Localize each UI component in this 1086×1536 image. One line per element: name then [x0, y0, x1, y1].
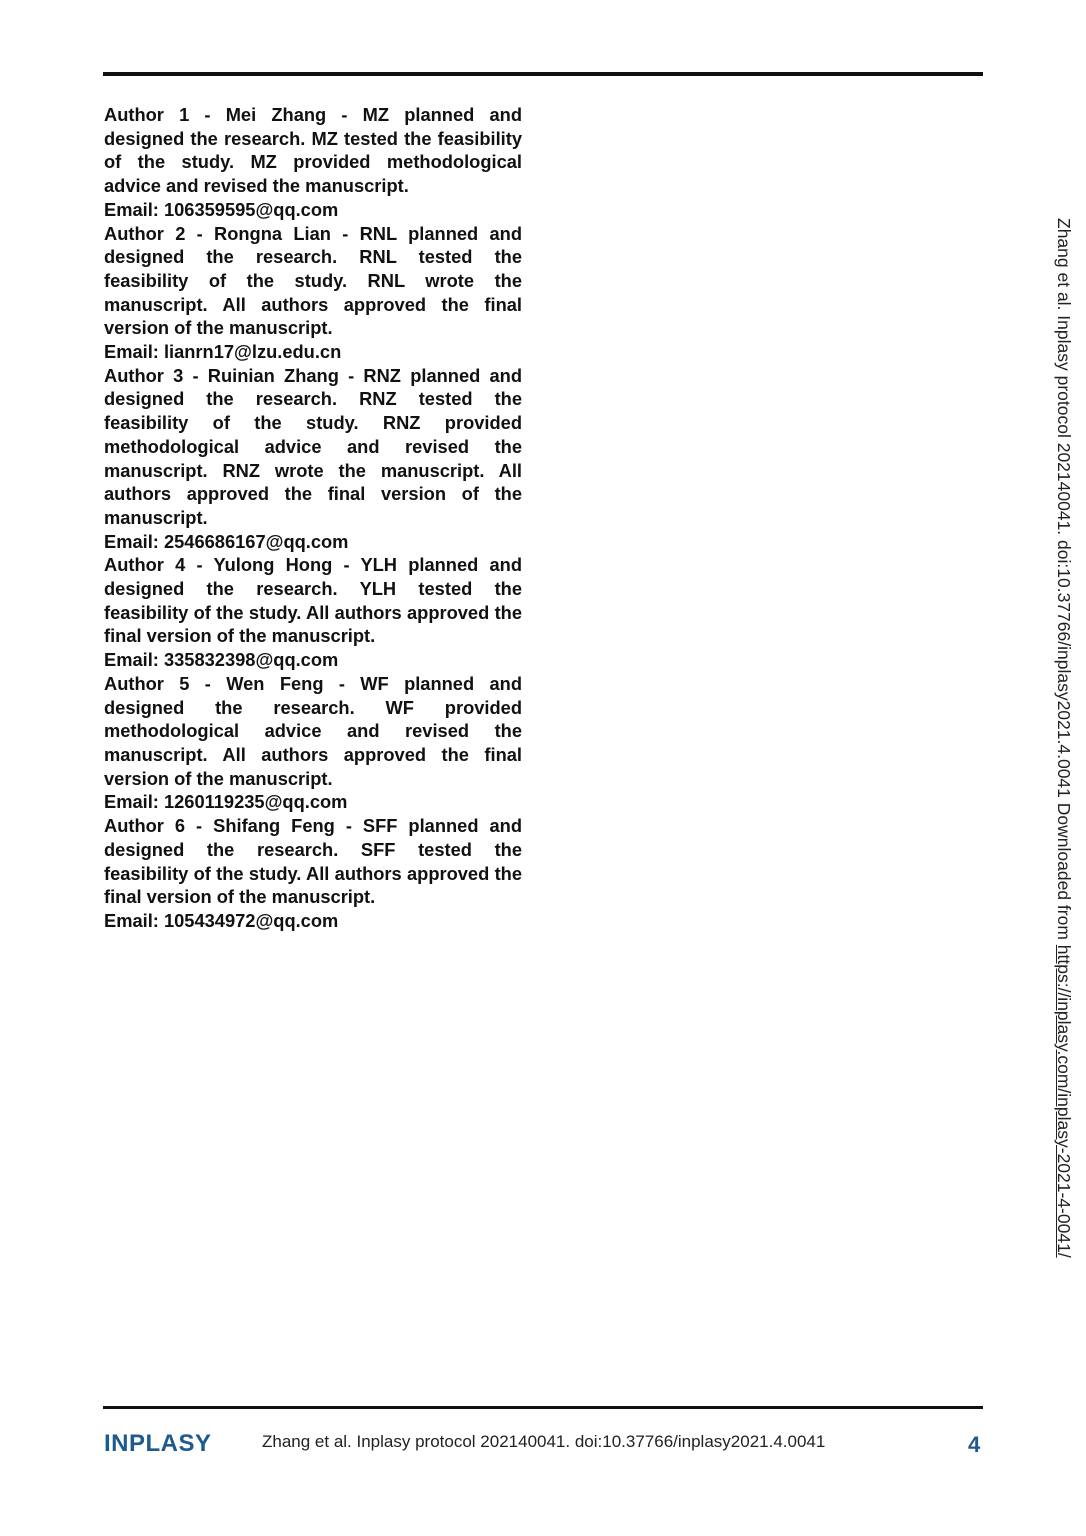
author-3-contribution: Author 3 - Ruinian Zhang - RNZ planned a…: [104, 364, 522, 530]
author-1-contribution: Author 1 - Mei Zhang - MZ planned and de…: [104, 103, 522, 198]
author-4-contribution: Author 4 - Yulong Hong - YLH planned and…: [104, 553, 522, 648]
author-2-email: Email: lianrn17@lzu.edu.cn: [104, 340, 522, 364]
author-6-contribution: Author 6 - Shifang Feng - SFF planned an…: [104, 814, 522, 909]
author-1-email: Email: 106359595@qq.com: [104, 198, 522, 222]
footer-citation: Zhang et al. Inplasy protocol 202140041.…: [262, 1432, 825, 1452]
side-note-link[interactable]: https://inplasy.com/inplasy-2021-4-0041/: [1054, 945, 1074, 1258]
header-rule: [103, 72, 983, 76]
page-number: 4: [968, 1432, 980, 1458]
author-6-email: Email: 105434972@qq.com: [104, 909, 522, 933]
side-download-note: Zhang et al. Inplasy protocol 202140041.…: [1052, 218, 1072, 1328]
author-5-contribution: Author 5 - Wen Feng - WF planned and des…: [104, 672, 522, 791]
author-5-email: Email: 1260119235@qq.com: [104, 790, 522, 814]
author-3-email: Email: 2546686167@qq.com: [104, 530, 522, 554]
side-note-text: Zhang et al. Inplasy protocol 202140041.…: [1054, 218, 1074, 945]
author-contributions: Author 1 - Mei Zhang - MZ planned and de…: [104, 103, 522, 933]
footer-brand-logo: INPLASY: [104, 1430, 212, 1458]
footer-rule: [103, 1406, 983, 1409]
author-2-contribution: Author 2 - Rongna Lian - RNL planned and…: [104, 222, 522, 341]
author-4-email: Email: 335832398@qq.com: [104, 648, 522, 672]
